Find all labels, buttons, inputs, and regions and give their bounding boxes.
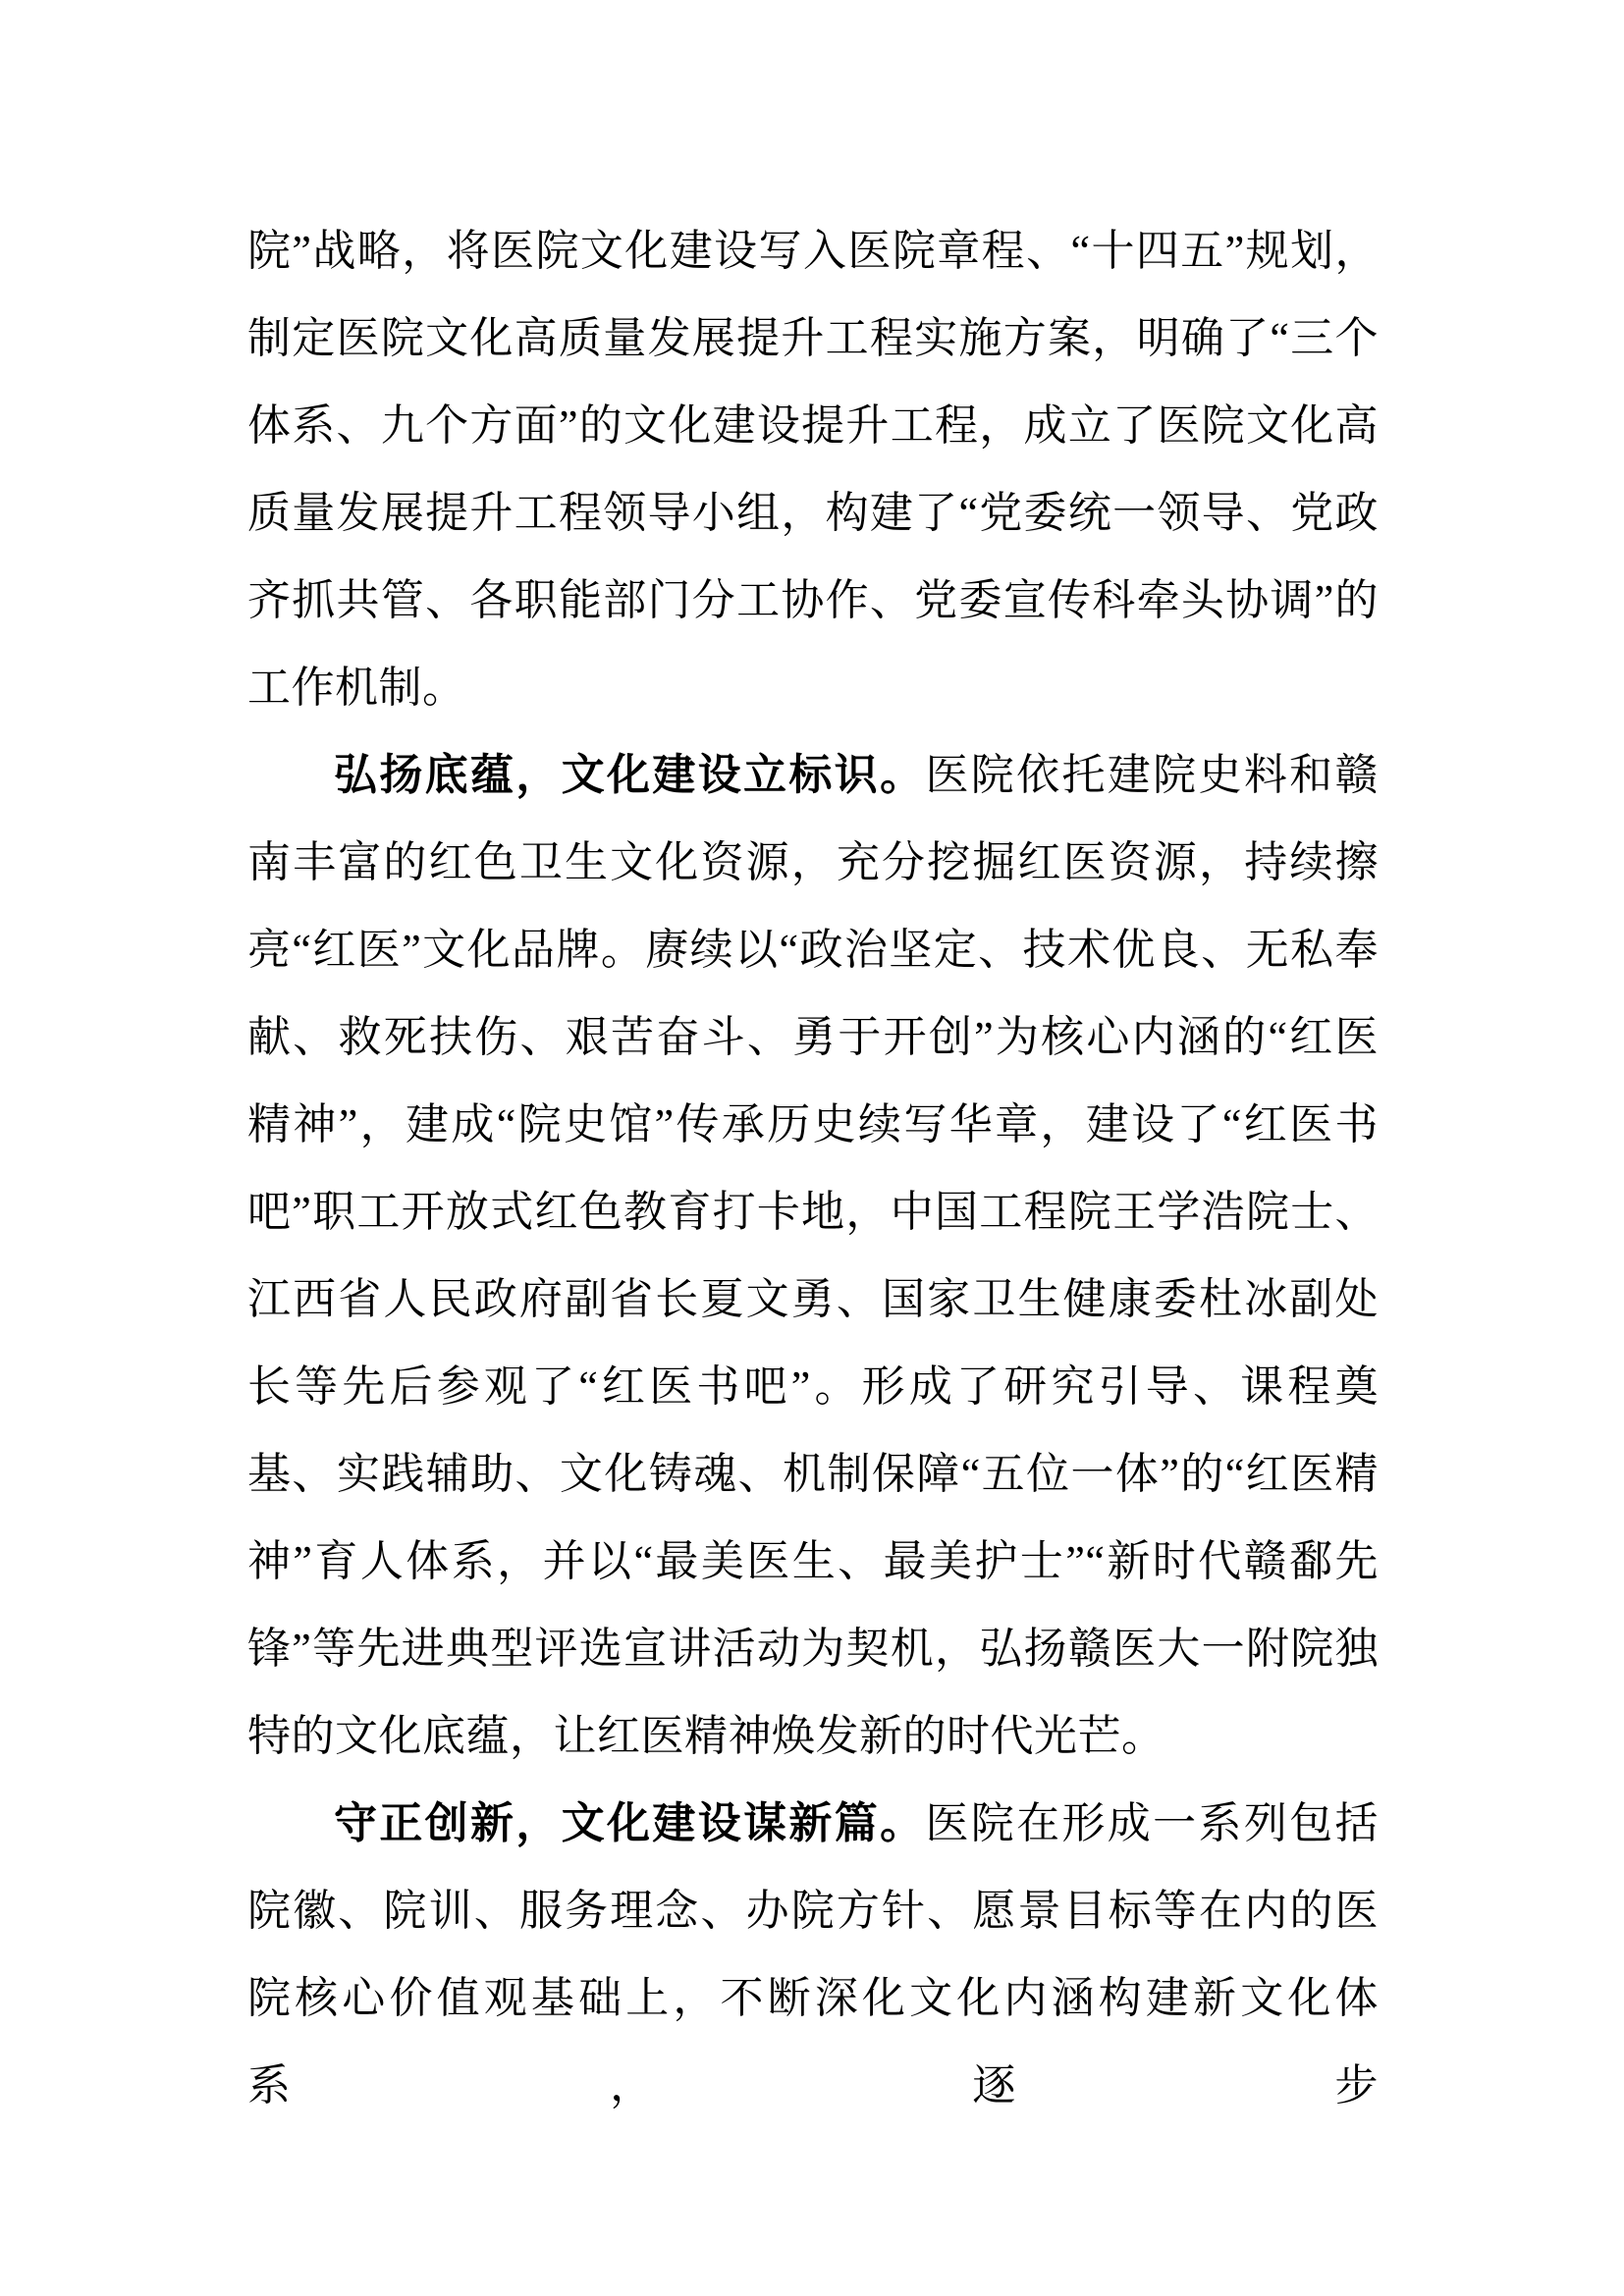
paragraph-3-bold-lead: 守正创新，文化建设谋新篇。 [334, 1799, 925, 1847]
paragraph-1: 院”战略，将医院文化建设写入医院章程、“十四五”规划，制定医院文化高质量发展提升… [247, 207, 1379, 731]
text-block: 院”战略，将医院文化建设写入医院章程、“十四五”规划，制定医院文化高质量发展提升… [247, 207, 1379, 2129]
paragraph-2-bold-lead: 弘扬底蕴，文化建设立标识。 [334, 751, 925, 799]
paragraph-2-text: 医院依托建院史料和赣南丰富的红色卫生文化资源，充分挖掘红医资源，持续擦亮“红医”… [247, 751, 1379, 1760]
paragraph-3: 守正创新，文化建设谋新篇。医院在形成一系列包括院徽、院训、服务理念、办院方针、愿… [247, 1780, 1379, 2129]
document-page: 院”战略，将医院文化建设写入医院章程、“十四五”规划，制定医院文化高质量发展提升… [0, 0, 1624, 2296]
paragraph-1-text: 院”战略，将医院文化建设写入医院章程、“十四五”规划，制定医院文化高质量发展提升… [247, 227, 1379, 712]
paragraph-2: 弘扬底蕴，文化建设立标识。医院依托建院史料和赣南丰富的红色卫生文化资源，充分挖掘… [247, 731, 1379, 1780]
